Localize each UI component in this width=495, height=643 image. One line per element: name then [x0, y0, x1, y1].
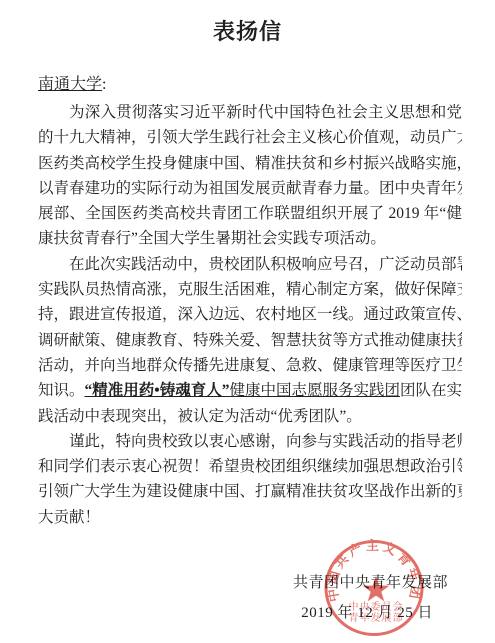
- recipient-name: 南通大学: [38, 76, 102, 93]
- letter-line: 医药类高校学生投身健康中国、精准扶贫和乡村振兴战略实施，: [38, 151, 462, 176]
- letter-line: 谨此，特向贵校致以衷心感谢，向参与实践活动的指导老师: [38, 429, 462, 454]
- salutation: 南通大学:: [38, 74, 457, 96]
- letter-line: 康扶贫青春行”全国大学生暑期社会实践专项活动。: [38, 226, 462, 251]
- letter-line: 实践队员热情高涨，克服生活困难，精心制定方案，做好保障支: [38, 277, 462, 302]
- emphasis-post-text: 团队在实: [400, 382, 462, 399]
- letter-title: 表扬信: [0, 0, 495, 46]
- signature-org: 共青团中央青年发展部: [0, 572, 495, 594]
- letter-line: 引领广大学生为建设健康中国、打赢精准扶贫攻坚战作出新的更: [38, 479, 462, 504]
- letter-line: 展部、全国医药类高校共青团工作联盟组织开展了 2019 年“健: [38, 201, 462, 226]
- letter-line: 以青春建功的实际行动为祖国发展贡献青春力量。团中央青年发: [38, 176, 462, 201]
- signature-date: 2019 年 12 月 25 日: [0, 602, 495, 624]
- letter-line-emphasis: 知识。“精准用药•铸魂育人”健康中国志愿服务实践团团队在实: [38, 378, 462, 403]
- letter-page: 表扬信 南通大学: 为深入贯彻落实习近平新时代中国特色社会主义思想和党 的十九大…: [0, 0, 495, 643]
- letter-body: 为深入贯彻落实习近平新时代中国特色社会主义思想和党 的十九大精神，引领大学生践行…: [38, 100, 462, 530]
- salutation-colon: :: [102, 76, 106, 93]
- letter-line: 践活动中表现突出，被认定为活动“优秀团队”。: [38, 404, 462, 429]
- emphasis-pre-text: 知识。: [38, 382, 85, 399]
- quoted-slogan: “精准用药•铸魂育人”: [85, 382, 230, 399]
- letter-line: 大贡献！: [38, 505, 462, 530]
- letter-line: 活动，并向当地群众传播先进康复、急救、健康管理等医疗卫生: [38, 353, 462, 378]
- signature-block: 共青团中央青年发展部 2019 年 12 月 25 日: [0, 572, 495, 624]
- team-title: 健康中国志愿服务实践团: [229, 382, 400, 399]
- letter-line: 和同学们表示衷心祝贺！希望贵校团组织继续加强思想政治引领，: [38, 454, 462, 479]
- letter-line: 在此次实践活动中，贵校团队积极响应号召，广泛动员部署，: [38, 252, 462, 277]
- letter-line: 调研献策、健康教育、特殊关爱、智慧扶贫等方式推动健康扶贫: [38, 328, 462, 353]
- letter-line: 的十九大精神，引领大学生践行社会主义核心价值观，动员广大: [38, 125, 462, 150]
- letter-line: 持，跟进宣传报道，深入边远、农村地区一线。通过政策宣传、: [38, 302, 462, 327]
- emphasized-team-name: “精准用药•铸魂育人”健康中国志愿服务实践团: [85, 382, 400, 399]
- letter-line: 为深入贯彻落实习近平新时代中国特色社会主义思想和党: [38, 100, 462, 125]
